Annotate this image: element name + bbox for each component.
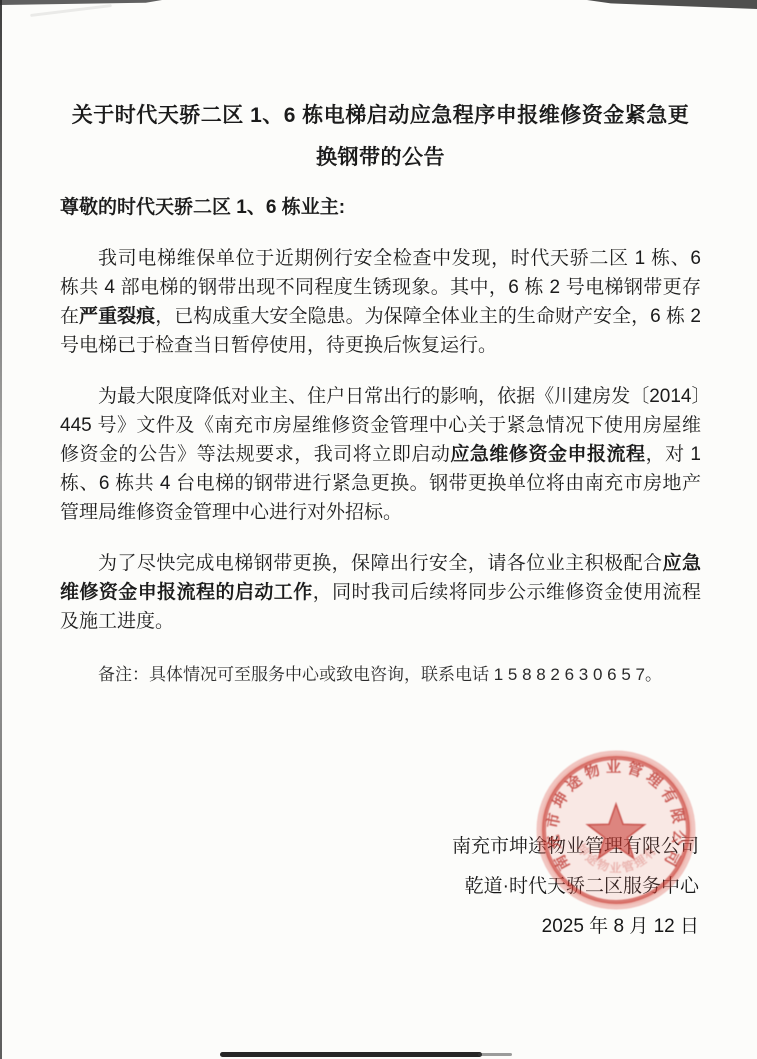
paragraph-1: 我司电梯维保单位于近期例行安全检查中发现，时代天骄二区 1 栋、6 栋共 4 部… — [60, 244, 701, 360]
remark-line: 备注：具体情况可至服务中心或致电咨询，联系电话 1 5 8 8 2 6 3 0 … — [60, 662, 701, 688]
scanned-notice-page: 关于时代天骄二区 1、6 栋电梯启动应急程序申报维修资金紧急更换钢带的公告 尊敬… — [0, 0, 757, 1059]
salutation-line: 尊敬的时代天骄二区 1、6 栋业主: — [60, 193, 701, 222]
paragraph-1-bold-phrase: 严重裂痕 — [79, 306, 155, 327]
scan-artifact-bottom-bar — [220, 1052, 482, 1057]
signature-company-name: 南充市坤途物业管理有限公司 — [452, 827, 699, 867]
paragraph-1-text-post: ，已构成重大安全隐患。为保障全体业主的生命财产安全，6 栋 2 号电梯已于检查当… — [60, 306, 701, 356]
scan-artifact-bottom-bar-fade — [478, 1053, 512, 1056]
notice-content: 关于时代天骄二区 1、6 栋电梯启动应急程序申报维修资金紧急更换钢带的公告 尊敬… — [60, 0, 701, 688]
paragraph-2: 为最大限度降低对业主、住户日常出行的影响，依据《川建房发〔2014〕445 号》… — [60, 382, 701, 527]
signature-block: 南充市坤途物业管理有限公司 乾道·时代天骄二区服务中心 2025 年 8 月 1… — [452, 827, 699, 947]
paragraph-2-bold-phrase: 应急维修资金申报流程 — [450, 444, 645, 465]
paragraph-3: 为了尽快完成电梯钢带更换，保障出行安全，请各位业主积极配合应急维修资金申报流程的… — [60, 549, 701, 636]
page-title: 关于时代天骄二区 1、6 栋电梯启动应急程序申报维修资金紧急更换钢带的公告 — [68, 95, 693, 179]
paragraph-3-text-pre: 为了尽快完成电梯钢带更换，保障出行安全，请各位业主积极配合 — [98, 553, 663, 574]
signature-date: 2025 年 8 月 12 日 — [452, 907, 699, 947]
scan-artifact-left-edge — [0, 0, 2, 1059]
signature-service-center: 乾道·时代天骄二区服务中心 — [452, 867, 699, 907]
